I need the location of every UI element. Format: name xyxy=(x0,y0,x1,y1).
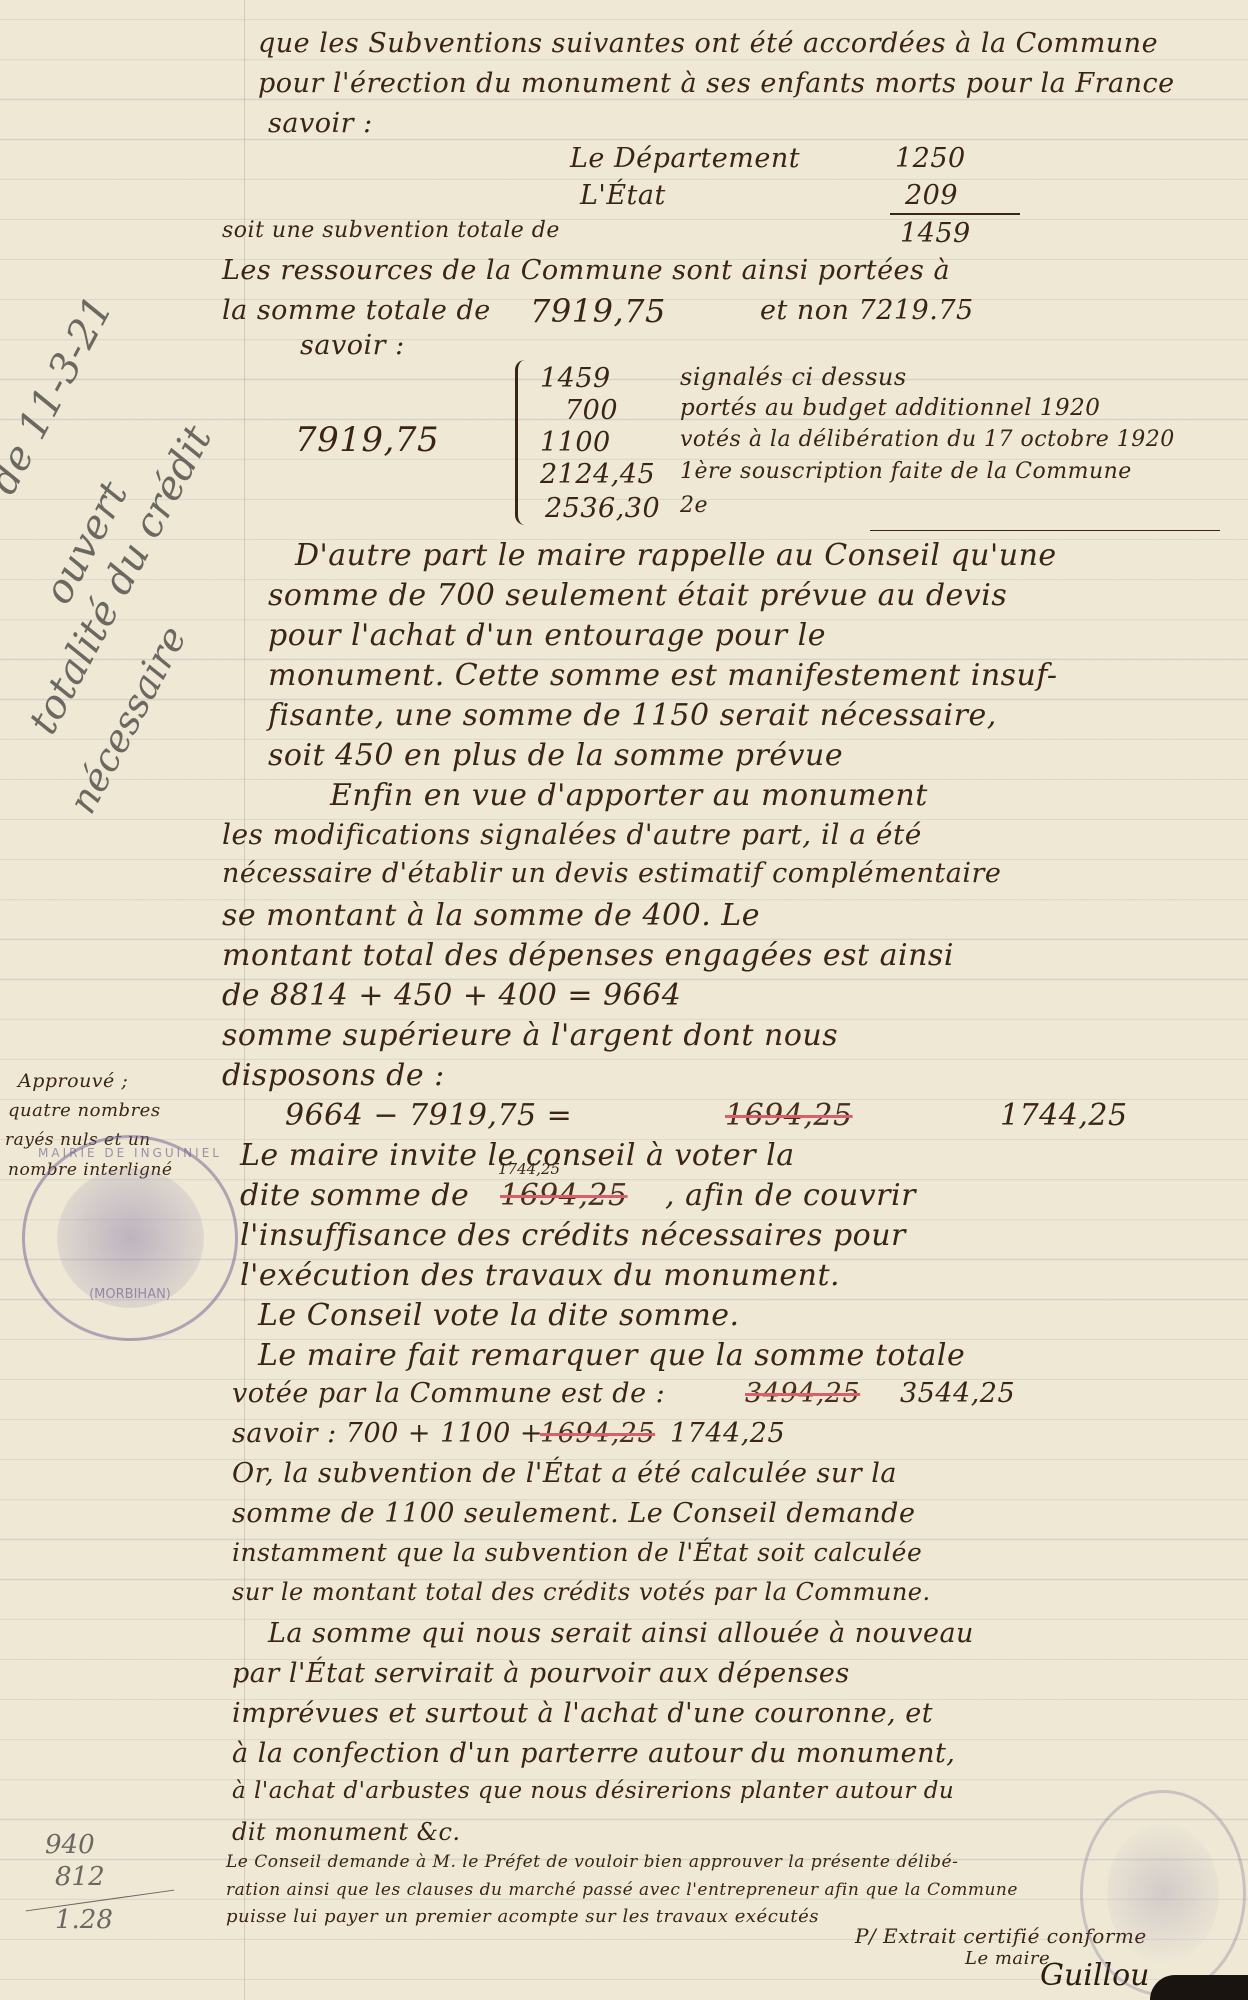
text-line: Le maire fait remarquer que la somme tot… xyxy=(258,1338,965,1373)
text-line: à l'achat d'arbustes que nous désirerion… xyxy=(232,1778,954,1804)
struck-amount: 1694,25 xyxy=(540,1418,655,1449)
corrected-amount: 1744,25 xyxy=(1000,1098,1128,1133)
text-line: Le Conseil demande à M. le Préfet de vou… xyxy=(226,1852,958,1872)
text-line: fisante, une somme de 1150 serait nécess… xyxy=(268,698,997,733)
text-line: la somme totale de xyxy=(222,295,491,326)
text-line: somme de 1100 seulement. Le Conseil dema… xyxy=(232,1498,915,1529)
text-line: savoir : 700 + 1100 + xyxy=(232,1418,543,1449)
margin-pencil-note: de 11-3-21 xyxy=(0,289,122,502)
text-line: l'exécution des travaux du monument. xyxy=(240,1258,840,1293)
vote-line: Le Conseil vote la dite somme. xyxy=(258,1298,740,1333)
text-line: se montant à la somme de 400. Le xyxy=(222,898,760,933)
breakdown-total: 7919,75 xyxy=(295,420,439,460)
breakdown-desc: votés à la délibération du 17 octobre 19… xyxy=(680,427,1175,452)
stamp-ring-text: MAIRIE DE INGUINIEL xyxy=(38,1146,222,1160)
text-line: ration ainsi que les clauses du marché p… xyxy=(226,1880,1018,1900)
text-line: imprévues et surtout à l'achat d'une cou… xyxy=(232,1698,933,1729)
breakdown-desc: portés au budget additionnel 1920 xyxy=(680,395,1100,421)
struck-amount: 1694,25 xyxy=(725,1098,853,1133)
text-line: savoir : xyxy=(300,330,405,361)
struck-amount: 1694,25 xyxy=(500,1178,628,1213)
text-line: à la confection d'un parterre autour du … xyxy=(232,1738,955,1769)
breakdown-amount: 1459 xyxy=(540,363,611,394)
text-line: somme de 700 seulement était prévue au d… xyxy=(268,578,1007,613)
struck-amount: 3494,25 xyxy=(745,1378,860,1409)
text-line: de 8814 + 450 + 400 = 9664 xyxy=(222,978,681,1013)
breakdown-amount: 700 xyxy=(565,395,618,426)
corrected-amount: 3544,25 xyxy=(900,1378,1015,1409)
text-line: puisse lui payer un premier acompte sur … xyxy=(226,1906,819,1927)
text-line: l'insuffisance des crédits nécessaires p… xyxy=(240,1218,906,1253)
text-line: La somme qui nous serait ainsi allouée à… xyxy=(268,1618,974,1649)
pencil-calc: 940 xyxy=(45,1830,95,1860)
text-line: pour l'érection du monument à ses enfant… xyxy=(258,68,1175,99)
text-line: que les Subventions suivantes ont été ac… xyxy=(258,28,1158,59)
breakdown-desc: 1ère souscription faite de la Commune xyxy=(680,459,1132,484)
mayor-stamp xyxy=(1080,1790,1246,1996)
mayor-label: Le maire xyxy=(965,1948,1050,1969)
approval-note: Approuvé ; xyxy=(18,1070,128,1092)
pencil-calc: 1.28 xyxy=(55,1905,113,1935)
text-line: monument. Cette somme est manifestement … xyxy=(268,658,1058,693)
text-line: pour l'achat d'un entourage pour le xyxy=(268,618,826,653)
text-line: par l'État servirait à pourvoir aux dépe… xyxy=(232,1658,850,1689)
breakdown-amount: 2124,45 xyxy=(540,459,655,490)
approval-note: quatre nombres xyxy=(8,1100,161,1121)
subsidy-amount: 1250 xyxy=(895,143,966,174)
text-line: disposons de : xyxy=(222,1058,445,1093)
text-line: montant total des dépenses engagées est … xyxy=(222,938,954,973)
pencil-calc: 812 xyxy=(55,1862,105,1892)
stamp-text: (MORBIHAN) xyxy=(89,1287,171,1302)
mairie-stamp: (MORBIHAN) MAIRIE DE INGUINIEL xyxy=(22,1135,238,1341)
stamp-emblem: (MORBIHAN) xyxy=(57,1168,204,1308)
divider xyxy=(870,530,1220,531)
text-line: votée par la Commune est de : xyxy=(232,1378,665,1409)
text-line: somme supérieure à l'argent dont nous xyxy=(222,1018,838,1053)
text-line: nécessaire d'établir un devis estimatif … xyxy=(222,858,1001,889)
breakdown-desc: 2e xyxy=(680,493,708,518)
text-line: sur le montant total des crédits votés p… xyxy=(232,1578,931,1606)
corrected-amount: 1744,25 xyxy=(670,1418,785,1449)
brace xyxy=(515,360,532,525)
resources-total: 7919,75 xyxy=(530,292,666,330)
text-line: Enfin en vue d'apporter au monument xyxy=(330,778,928,813)
text-line: , afin de couvrir xyxy=(665,1178,916,1213)
text-line: D'autre part le maire rappelle au Consei… xyxy=(295,538,1057,573)
text-line: Or, la subvention de l'État a été calcul… xyxy=(232,1458,897,1489)
text-line: les modifications signalées d'autre part… xyxy=(222,818,922,851)
interlined-amount: 1744,25 xyxy=(498,1160,560,1178)
binding-edge xyxy=(1150,1975,1248,2000)
subsidy-amount: 209 xyxy=(905,180,958,211)
text-line: soit 450 en plus de la somme prévue xyxy=(268,738,843,773)
resources-note: et non 7219.75 xyxy=(760,295,974,326)
text-line: savoir : xyxy=(268,108,373,139)
calc-expression: 9664 − 7919,75 = xyxy=(285,1098,572,1133)
text-line: dite somme de xyxy=(240,1178,469,1213)
text-line: Les ressources de la Commune sont ainsi … xyxy=(222,255,950,286)
text-line: dit monument &c. xyxy=(232,1818,461,1846)
sum-rule xyxy=(890,213,1020,215)
text-line: instamment que la subvention de l'État s… xyxy=(232,1538,922,1567)
document-page: que les Subventions suivantes ont été ac… xyxy=(0,0,1248,2000)
breakdown-amount: 1100 xyxy=(540,427,611,458)
subsidy-label: L'État xyxy=(580,180,666,211)
subsidy-total: 1459 xyxy=(900,218,971,249)
subsidy-total-label: soit une subvention totale de xyxy=(222,218,560,243)
subsidy-label: Le Département xyxy=(570,143,800,174)
breakdown-amount: 2536,30 xyxy=(545,493,660,524)
breakdown-desc: signalés ci dessus xyxy=(680,363,907,391)
